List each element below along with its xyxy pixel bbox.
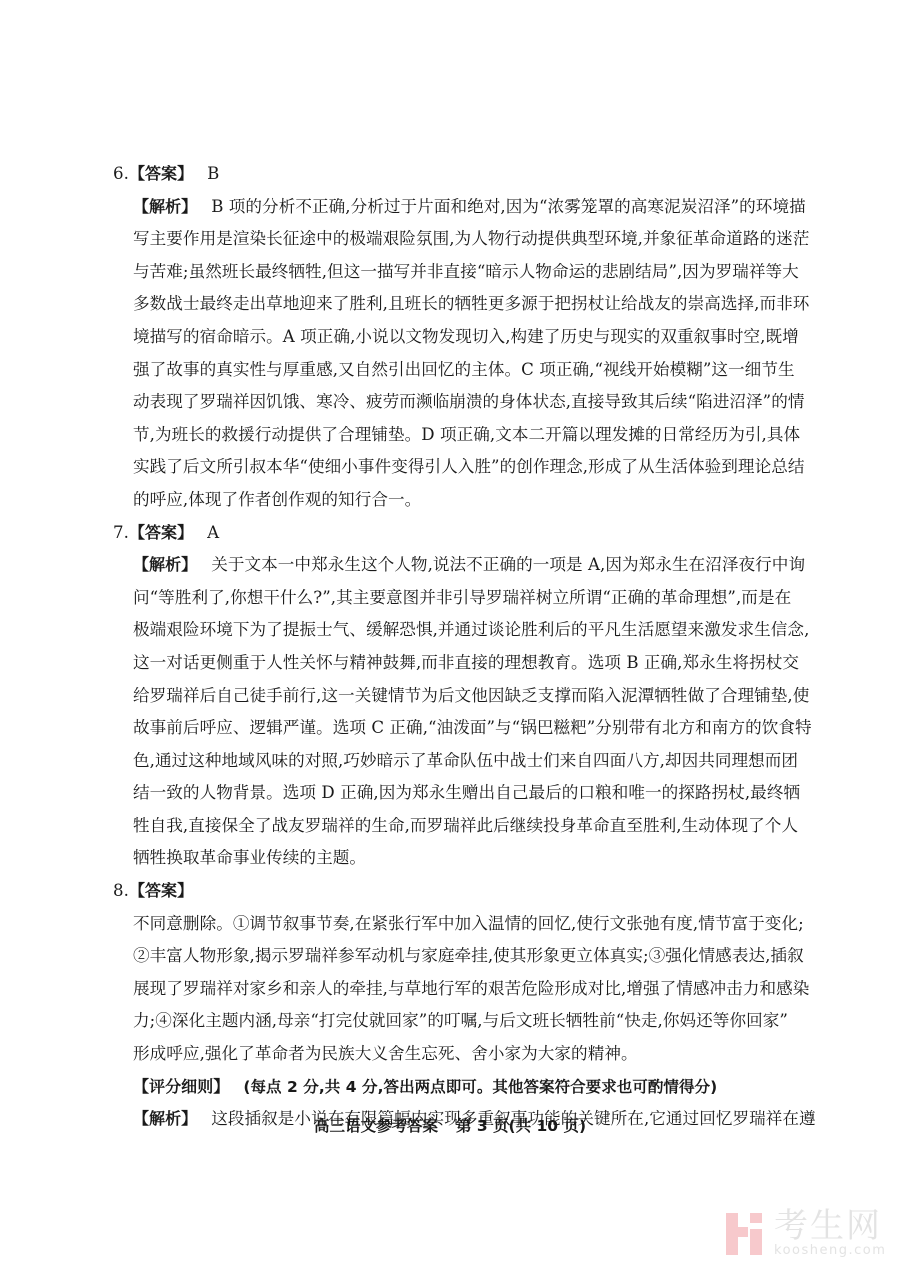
document-page: 6. 【答案】 B 【解析】B 项的分析不正确,分析过于片面和绝对,因为“浓雾笼… <box>0 0 900 1273</box>
q8-scoring-label: 【评分细则】 <box>133 1077 229 1096</box>
text-line: 不同意删除。①调节叙事节奏,在紧张行军中加入温情的回忆,使行文张弛有度,情节富于… <box>113 908 785 941</box>
text-line: 展现了罗瑞祥对家乡和亲人的牵挂,与草地行军的艰苦危险形成对比,增强了情感冲击力和… <box>113 973 785 1006</box>
text-line: 色,通过这种地域风味的对照,巧妙暗示了革命队伍中战士们来自四面八方,却因共同理想… <box>113 745 785 778</box>
footer-page-number: 第 3 页(共 10 页) <box>456 1117 586 1135</box>
text-line: 形成呼应,强化了革命者为民族大义舍生忘死、舍小家为大家的精神。 <box>113 1038 785 1071</box>
q6-answer-value: B <box>207 158 219 191</box>
text-line: 的呼应,体现了作者创作观的知行合一。 <box>113 484 785 517</box>
text-line: 强了故事的真实性与厚重感,又自然引出回忆的主体。C 项正确,“视线开始模糊”这一… <box>113 354 785 387</box>
text-line: 给罗瑞祥后自己徒手前行,这一关键情节为后文他因缺乏支撑而陷入泥潭牺牲做了合理铺垫… <box>113 680 785 713</box>
text-line: 问“等胜利了,你想干什么?”,其主要意图并非引导罗瑞祥树立所谓“正确的革命理想”… <box>113 582 785 615</box>
q6-analysis-line-0: 【解析】B 项的分析不正确,分析过于片面和绝对,因为“浓雾笼罩的高寒泥炭沼泽”的… <box>113 191 785 224</box>
q8-scoring-row: 【评分细则】(每点 2 分,共 4 分,答出两点即可。其他答案符合要求也可酌情得… <box>113 1071 785 1104</box>
text-line: 写主要作用是渲染长征途中的极端艰险氛围,为人物行动提供典型环境,并象征革命道路的… <box>113 223 785 256</box>
watermark-en-text: koosheng.com <box>774 1244 886 1258</box>
text-line: 境描写的宿命暗示。A 项正确,小说以文物发现切入,构建了历史与现实的双重叙事时空… <box>113 321 785 354</box>
q6-answer-row: 6. 【答案】 B <box>113 158 785 191</box>
watermark-cn-text: 考生网 <box>774 1208 882 1244</box>
q6-number: 6. <box>113 158 129 191</box>
text-line: 与苦难;虽然班长最终牺牲,但这一描写并非直接“暗示人物命运的悲剧结局”,因为罗瑞… <box>113 256 785 289</box>
q7-analysis-line-0: 【解析】关于文本一中郑永生这个人物,说法不正确的一项是 A,因为郑永生在沼泽夜行… <box>113 549 785 582</box>
q7-answer-value: A <box>207 517 219 550</box>
text-line: 结一致的人物背景。选项 D 正确,因为郑永生赠出自己最后的口粮和唯一的探路拐杖,… <box>113 777 785 810</box>
text-line: 这一对话更侧重于人性关怀与精神鼓舞,而非直接的理想教育。选项 B 正确,郑永生将… <box>113 647 785 680</box>
q6-answer-label: 【答案】 <box>129 158 193 191</box>
text-line: 力;④深化主题内涵,母亲“打完仗就回家”的叮嘱,与后文班长牺牲前“快走,你妈还等… <box>113 1005 785 1038</box>
answer-content: 6. 【答案】 B 【解析】B 项的分析不正确,分析过于片面和绝对,因为“浓雾笼… <box>113 158 785 1136</box>
q7-number: 7. <box>113 517 129 550</box>
q8-answer-row: 8. 【答案】 <box>113 875 785 908</box>
text-line: 极端艰险环境下为了提振士气、缓解恐惧,并通过谈论胜利后的平凡生活愿望来激发求生信… <box>113 614 785 647</box>
text-line: 牲自我,直接保全了战友罗瑞祥的生命,而罗瑞祥此后继续投身革命直至胜利,生动体现了… <box>113 810 785 843</box>
watermark: 考生网 koosheng.com <box>726 1208 886 1258</box>
text-line: 实践了后文所引叔本华“使细小事件变得引人入胜”的创作理念,形成了从生活体验到理论… <box>113 451 785 484</box>
text-line: B 项的分析不正确,分析过于片面和绝对,因为“浓雾笼罩的高寒泥炭沼泽”的环境描 <box>211 197 806 216</box>
text-line: 节,为班长的救援行动提供了合理铺垫。D 项正确,文本二开篇以理发摊的日常经历为引… <box>113 419 785 452</box>
text-line: ②丰富人物形象,揭示罗瑞祥参军动机与家庭牵挂,使其形象更立体真实;③强化情感表达… <box>113 940 785 973</box>
q7-analysis-label: 【解析】 <box>133 555 197 574</box>
q8-answer-label: 【答案】 <box>129 875 193 908</box>
q7-answer-row: 7. 【答案】 A <box>113 517 785 550</box>
text-line: 关于文本一中郑永生这个人物,说法不正确的一项是 A,因为郑永生在沼泽夜行中询 <box>211 555 805 574</box>
text-line: 动表现了罗瑞祥因饥饿、寒冷、疲劳而濒临崩溃的身体状态,直接导致其后续“陷进沼泽”… <box>113 386 785 419</box>
q7-answer-label: 【答案】 <box>129 517 193 550</box>
q8-number: 8. <box>113 875 129 908</box>
page-footer: 高三语文参考答案第 3 页(共 10 页) <box>0 1114 900 1136</box>
watermark-logo-icon <box>726 1209 766 1257</box>
text-line: 多数战士最终走出草地迎来了胜利,且班长的牺牲更多源于把拐杖让给战友的崇高选择,而… <box>113 288 785 321</box>
text-line: 故事前后呼应、逻辑严谨。选项 C 正确,“油泼面”与“锅巴糍粑”分别带有北方和南… <box>113 712 785 745</box>
q8-scoring-text: (每点 2 分,共 4 分,答出两点即可。其他答案符合要求也可酌情得分) <box>243 1078 717 1096</box>
footer-title: 高三语文参考答案 <box>314 1117 438 1135</box>
text-line: 牺牲换取革命事业传续的主题。 <box>113 842 785 875</box>
q6-analysis-label: 【解析】 <box>133 197 197 216</box>
